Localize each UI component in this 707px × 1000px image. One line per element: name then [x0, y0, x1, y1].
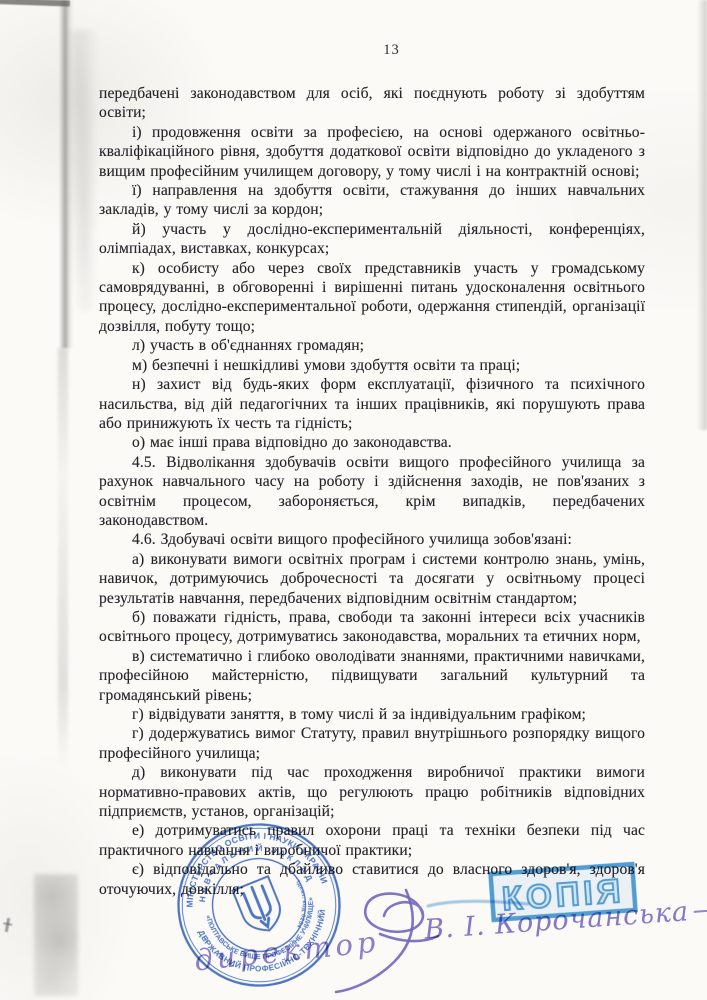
- scan-right-edge-shadow: [697, 0, 707, 430]
- page-number: 13: [99, 42, 648, 59]
- paragraph: н) захист від будь-яких форм експлуатаці…: [99, 375, 645, 433]
- svg-text:МІНІСТЕРСТВО ОСВІТИ І НАУКИ УК: МІНІСТЕРСТВО ОСВІТИ І НАУКИ УКРАЇНИ: [173, 819, 330, 909]
- paragraph: г) відвідувати заняття, в тому числі й з…: [99, 705, 645, 724]
- paragraph: о) має інші права відповідно до законода…: [99, 433, 645, 452]
- copy-stamp-graphic: КОПІЯ: [487, 861, 638, 923]
- copy-stamp: КОПІЯ: [487, 861, 638, 923]
- ukraine-trident-icon: [233, 876, 287, 937]
- paragraph: передбачені законодавством для осіб, які…: [99, 84, 645, 123]
- paragraph: 4.5. Відволікання здобувачів освіти вищо…: [99, 453, 645, 531]
- scan-left-edge-smudge: [70, 30, 100, 310]
- stamp-outer-text-top: МІНІСТЕРСТВО ОСВІТИ І НАУКИ УКРАЇНИ: [173, 819, 330, 909]
- paragraph: й) участь у дослідно-експериментальній д…: [99, 220, 645, 259]
- paragraph: м) безпечні і нешкідливі умови здобуття …: [99, 356, 645, 375]
- paragraph: 4.6. Здобувачі освіти вищого професійног…: [99, 530, 645, 549]
- paragraph: д) виконувати під час проходження виробн…: [99, 763, 645, 821]
- paragraph: і) продовження освіти за професією, на о…: [99, 123, 645, 181]
- paragraph: г) додержуватись вимог Статуту, правил в…: [99, 724, 645, 763]
- paragraph: в) систематично і глибоко оволодівати зн…: [99, 647, 645, 705]
- paragraph: к) особисту або через своїх представникі…: [99, 259, 645, 337]
- signature-underline: [694, 908, 707, 913]
- scanned-document-page: 13 передбачені законодавством для осіб, …: [0, 0, 707, 1000]
- scan-left-edge-shadow-2: [58, 348, 68, 768]
- pencil-mark: [5, 918, 10, 932]
- paragraph: а) виконувати вимоги освітніх програм і …: [99, 550, 645, 608]
- document-text: передбачені законодавством для осіб, які…: [99, 84, 645, 899]
- scan-bottom-left-smudge: [34, 874, 78, 996]
- paragraph: ї) направлення на здобуття освіти, стажу…: [99, 181, 645, 220]
- paragraph: л) участь в об'єднаннях громадян;: [99, 336, 645, 355]
- paragraph: б) поважати гідність, права, свободи та …: [99, 608, 645, 647]
